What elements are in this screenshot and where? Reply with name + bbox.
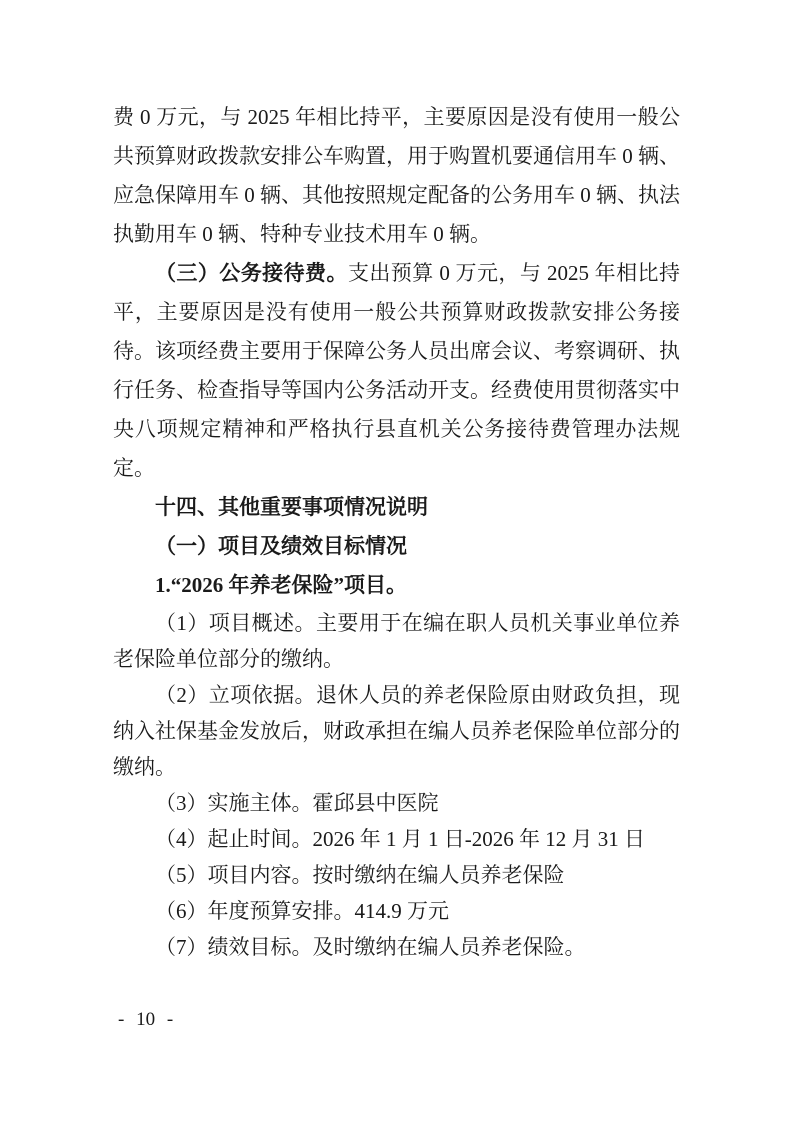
paragraph-carryover: 费 0 万元，与 2025 年相比持平，主要原因是没有使用一般公共预算财政拨款安…	[113, 98, 680, 254]
project-item-implementer: （3）实施主体。霍邱县中医院	[113, 785, 680, 821]
project-item-overview: （1）项目概述。主要用于在编在职人员机关事业单位养老保险单位部分的缴纳。	[113, 605, 680, 677]
project-item-list: （1）项目概述。主要用于在编在职人员机关事业单位养老保险单位部分的缴纳。 （2）…	[113, 605, 680, 965]
project-item-performance-goal: （7）绩效目标。及时缴纳在编人员养老保险。	[113, 929, 680, 965]
paragraph-text-official-reception: 支出预算 0 万元，与 2025 年相比持平，主要原因是没有使用一般公共预算财政…	[113, 261, 680, 480]
section-heading-other-important-matters: 十四、其他重要事项情况说明	[113, 488, 680, 527]
project-item-budget: （6）年度预算安排。414.9 万元	[113, 893, 680, 929]
paragraph-lead-official-reception: （三）公务接待费。	[155, 261, 348, 285]
project-item-basis: （2）立项依据。退休人员的养老保险原由财政负担，现纳入社保基金发放后，财政承担在…	[113, 677, 680, 785]
project-item-content: （5）项目内容。按时缴纳在编人员养老保险	[113, 857, 680, 893]
paragraph-official-reception: （三）公务接待费。支出预算 0 万元，与 2025 年相比持平，主要原因是没有使…	[113, 254, 680, 488]
project-item-duration: （4）起止时间。2026 年 1 月 1 日-2026 年 12 月 31 日	[113, 821, 680, 857]
subsection-heading-project-performance: （一）项目及绩效目标情况	[113, 527, 680, 566]
page-footer: - 10 -	[118, 1008, 173, 1032]
page-number: - 10 -	[118, 1009, 173, 1030]
document-page: 费 0 万元，与 2025 年相比持平，主要原因是没有使用一般公共预算财政拨款安…	[0, 0, 793, 1122]
document-body: 费 0 万元，与 2025 年相比持平，主要原因是没有使用一般公共预算财政拨款安…	[113, 98, 680, 965]
project-heading-pension-insurance: 1.“2026 年养老保险”项目。	[113, 566, 680, 605]
